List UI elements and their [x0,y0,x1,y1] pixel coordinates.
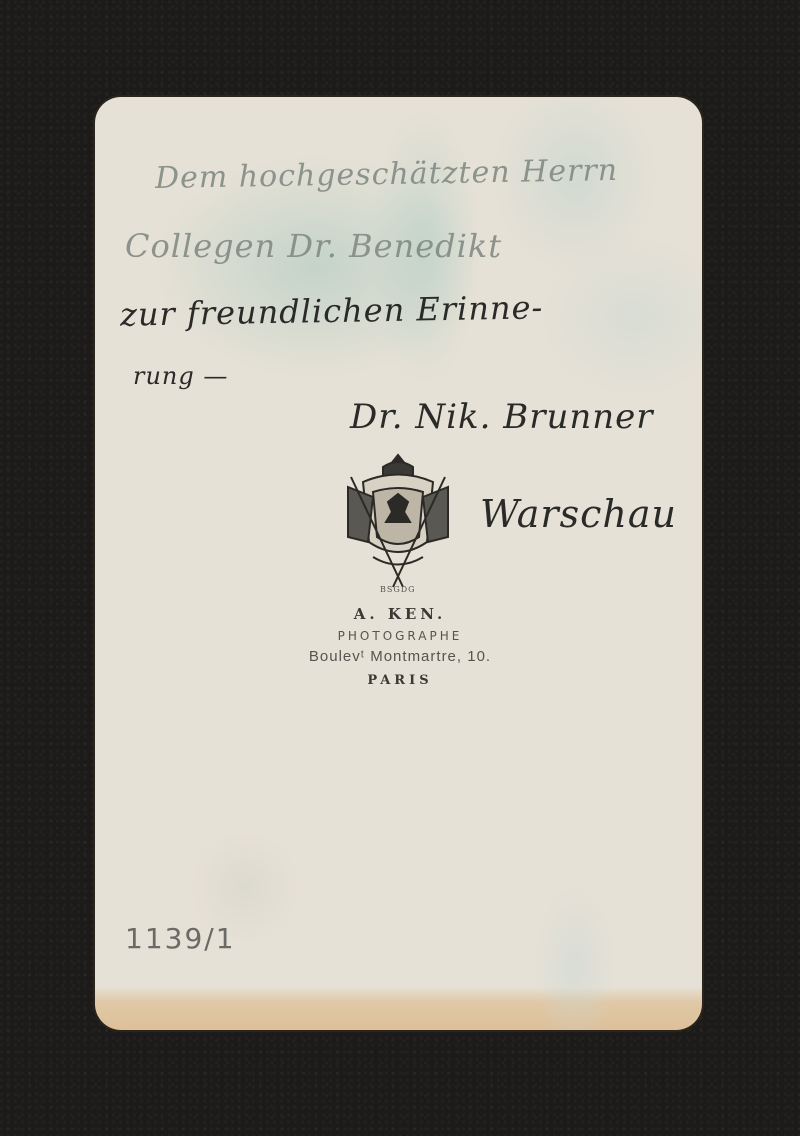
handwritten-line-1: Dem hochgeschätzten Herrn [155,153,619,196]
crest-caption: BSGDG [380,585,416,594]
photo-card-back: Dem hochgeschätzten Herrn Collegen Dr. B… [95,97,702,1030]
inventory-number: 1139/1 [125,922,236,955]
imperial-crest-icon [343,447,453,597]
photographer-title: PHOTOGRAPHE [280,629,520,643]
handwritten-place: Warschau [480,492,677,536]
photographer-name: A. KEN. [280,605,520,623]
studio-city: PARIS [280,673,520,688]
signature: Dr. Nik. Brunner [350,397,654,437]
studio-address: Boulevᵗ Montmartre, 10. [280,648,520,665]
handwritten-line-3: zur freundlichen Erinne- [120,288,544,333]
handwritten-line-4: rung — [133,362,228,390]
handwritten-line-2: Collegen Dr. Benedikt [125,227,502,265]
